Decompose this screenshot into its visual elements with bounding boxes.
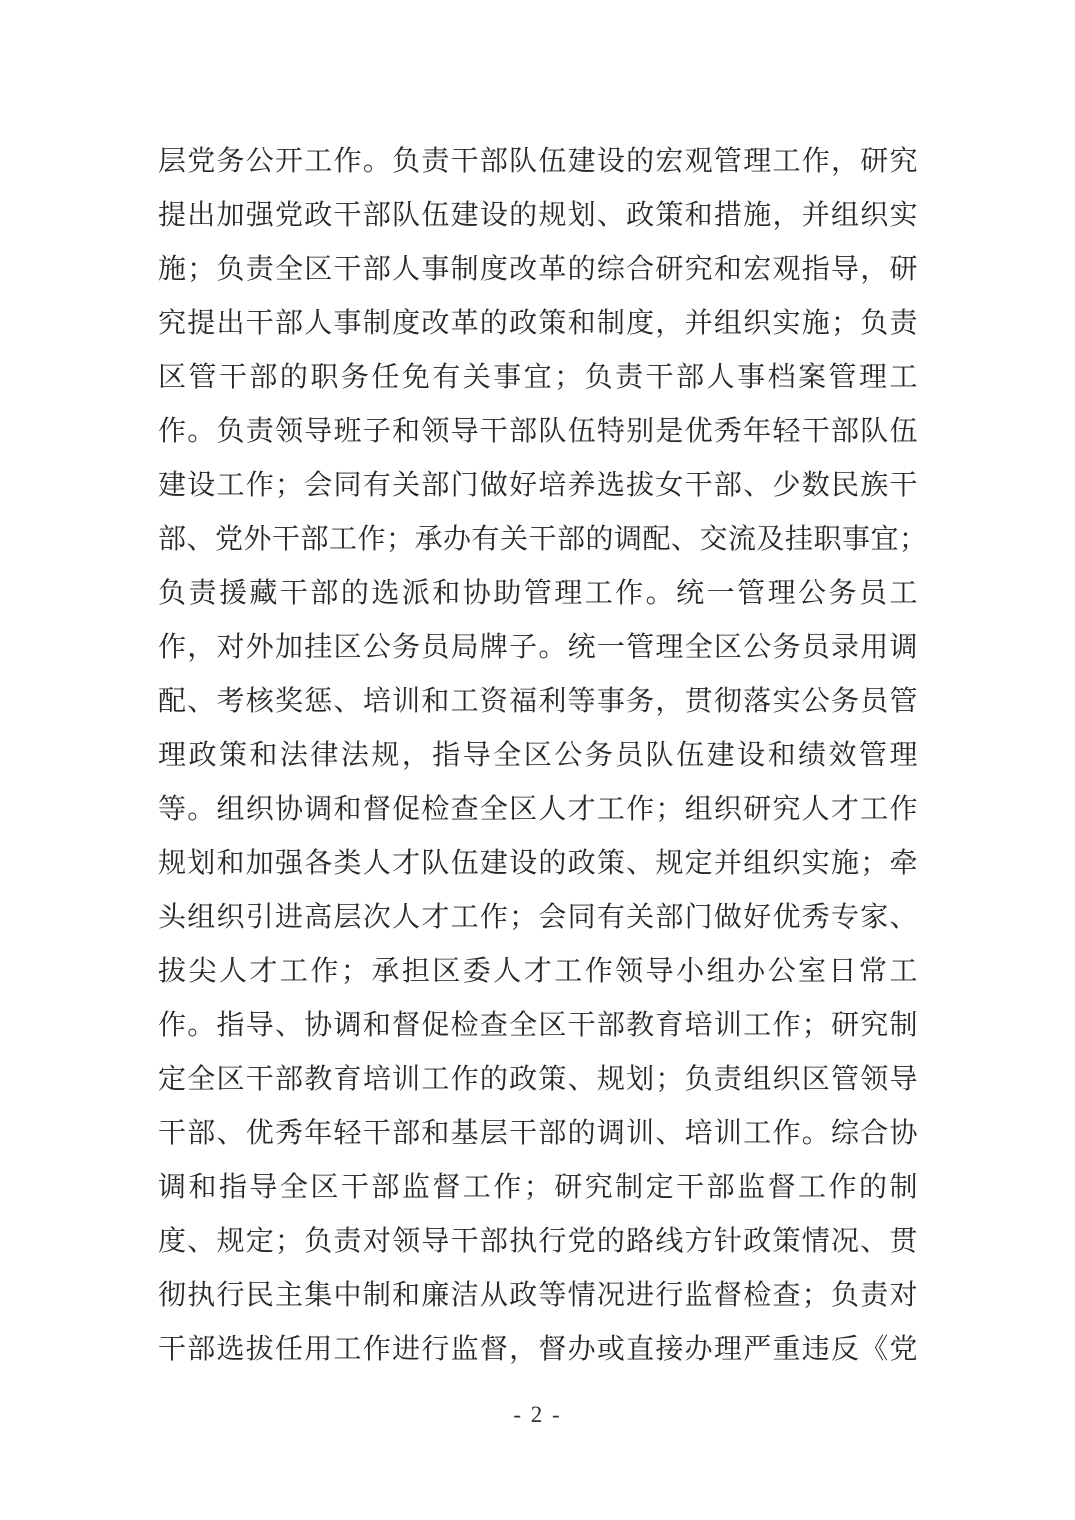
document-body: 层党务公开工作。负责干部队伍建设的宏观管理工作，研究 提出加强党政干部队伍建设的…: [158, 135, 918, 1377]
page-number: - 2 -: [0, 1402, 1075, 1428]
text-line: 等。组织协调和督促检查全区人才工作；组织研究人才工作: [158, 783, 918, 837]
text-line: 拔尖人才工作；承担区委人才工作领导小组办公室日常工: [158, 945, 918, 999]
text-line: 调和指导全区干部监督工作；研究制定干部监督工作的制: [158, 1161, 918, 1215]
text-line: 彻执行民主集中制和廉洁从政等情况进行监督检查；负责对: [158, 1269, 918, 1323]
text-line: 提出加强党政干部队伍建设的规划、政策和措施，并组织实: [158, 189, 918, 243]
text-line: 配、考核奖惩、培训和工资福利等事务，贯彻落实公务员管: [158, 675, 918, 729]
text-line: 区管干部的职务任免有关事宜；负责干部人事档案管理工: [158, 351, 918, 405]
text-line: 作。负责领导班子和领导干部队伍特别是优秀年轻干部队伍: [158, 405, 918, 459]
text-line: 定全区干部教育培训工作的政策、规划；负责组织区管领导: [158, 1053, 918, 1107]
text-line: 度、规定；负责对领导干部执行党的路线方针政策情况、贯: [158, 1215, 918, 1269]
text-line: 规划和加强各类人才队伍建设的政策、规定并组织实施；牵: [158, 837, 918, 891]
text-line: 负责援藏干部的选派和协助管理工作。统一管理公务员工: [158, 567, 918, 621]
document-page: 层党务公开工作。负责干部队伍建设的宏观管理工作，研究 提出加强党政干部队伍建设的…: [0, 0, 1075, 1520]
text-line: 理政策和法律法规，指导全区公务员队伍建设和绩效管理: [158, 729, 918, 783]
text-line: 干部选拔任用工作进行监督，督办或直接办理严重违反《党: [158, 1323, 918, 1377]
text-line: 究提出干部人事制度改革的政策和制度，并组织实施；负责: [158, 297, 918, 351]
text-line: 干部、优秀年轻干部和基层干部的调训、培训工作。综合协: [158, 1107, 918, 1161]
text-line: 建设工作；会同有关部门做好培养选拔女干部、少数民族干: [158, 459, 918, 513]
text-line: 作。指导、协调和督促检查全区干部教育培训工作；研究制: [158, 999, 918, 1053]
text-line: 层党务公开工作。负责干部队伍建设的宏观管理工作，研究: [158, 135, 918, 189]
text-line: 部、党外干部工作；承办有关干部的调配、交流及挂职事宜；: [158, 513, 918, 567]
text-line: 施；负责全区干部人事制度改革的综合研究和宏观指导，研: [158, 243, 918, 297]
text-line: 头组织引进高层次人才工作；会同有关部门做好优秀专家、: [158, 891, 918, 945]
text-line: 作，对外加挂区公务员局牌子。统一管理全区公务员录用调: [158, 621, 918, 675]
